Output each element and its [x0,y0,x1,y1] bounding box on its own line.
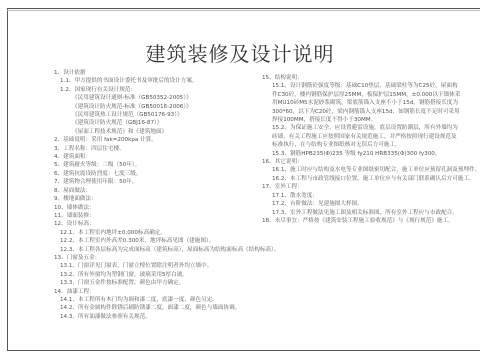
spec-line: 14.2、所有金属构件除锈后刷防锈漆二度，面漆二度，颜色与墙面协调。 [54,304,254,312]
spec-line: 8、屋面做法： [54,187,254,195]
spec-line: 11、墙面装修： [54,212,254,220]
spec-line: 12、设计标高： [54,220,254,228]
spec-line: 6、建筑抗震设防烈度：七度三级。 [54,170,254,178]
spec-line: 17.3、室外工程做法见施工图及相关标准图，所有室外工程应与市政配合。 [262,209,462,217]
spec-line: 17、室外工程： [262,183,462,191]
spec-line: 1.2、国家现行有关设计规范： [54,86,254,94]
spec-line: 17.1、散水宽度： [262,192,462,200]
frame-inner-line [7,10,480,11]
spec-line: 4、建筑面积： [54,153,254,161]
spec-line: 16、其它说明： [262,158,462,166]
spec-line: 15.2、为保证施工安全，应设置避雷设施，底层设置防潮层，所有外墙均为砖墙，有关… [262,124,462,149]
spec-line: 15.3、钢筋HPB235(Φ)235 等级 fy210 HRB335(Φ)30… [262,150,462,158]
spec-line: 15.1、设计钢筋砼强度等级：基础C10垫层，基础梁柱等为C25砼，屋面构件C3… [262,82,462,124]
spec-line: 16.2、本工程与市政管线接口位置，施工单位应与有关部门联系确认后方可施工。 [262,175,462,183]
spec-line: 《民用建筑设计通则-标准（GB50352-2005）》 [54,94,254,102]
spec-line: 15、结构说明： [262,74,462,82]
spec-line: 17.2、台阶做法：见建施图大样图。 [262,200,462,208]
spec-line: 13.1、门窗详见门窗表，门窗立樘位置除注明者外均立墙中。 [54,262,254,270]
spec-line: 3、工程名称：四层住宅楼。 [54,145,254,153]
spec-line: 12.3、本工程各层标高为完成面标高（建筑标高），屋面标高为结构面标高（结构标高… [54,246,254,254]
spec-line: 7、建筑物合理使用年限：50年。 [54,178,254,186]
spec-line: 12.1、本工程室内地坪±0.000标高确定。 [54,229,254,237]
spec-line: 12.2、本工程室内外高差0.300米，地坪标高见图（建施图）。 [54,237,254,245]
spec-line: 《屋面工程技术规范》和《建筑地面》 [54,128,254,136]
spec-line: 2、基础说明：采用 fak=200kpa 计算。 [54,136,254,144]
left-column: 1、设计依据1.1、甲方提供的书面设计委托书及审批后的设计方案。1.2、国家现行… [54,69,254,321]
spec-line: 《建筑设计防火规范（GBJ16-87）》 [54,119,254,127]
spec-line: 13.2、所有外窗均为塑钢门窗，玻璃采用5厚白玻。 [54,271,254,279]
right-column: 15、结构说明：15.1、设计钢筋砼强度等级：基础C10垫层，基础梁柱等为C25… [262,74,462,225]
spec-line: 《民用建筑热工设计规范（GB50176-93）》 [54,111,254,119]
spec-line: 5、建筑耐火等级：二级（50年）。 [54,161,254,169]
spec-line: 14.3、所有油漆做法参照有关规范。 [54,313,254,321]
spec-line: 13、门窗及五金： [54,254,254,262]
spec-line: 9、楼地面做法： [54,195,254,203]
spec-line: 14、油漆工程： [54,288,254,296]
spec-line: 1、设计依据 [54,69,254,77]
spec-line: 18、未尽事宜：严格按《建筑安装工程施工验收规范》与《现行规范》施工。 [262,217,462,225]
spec-line: 《建筑设计防火规范-标准（GB50016-2006）》 [54,103,254,111]
spec-line: 10、墙体做法： [54,204,254,212]
spec-line: 16.1、施工时应与结构及水电等专业图纸密切配合，施工单位应预留孔洞及预埋件。 [262,166,462,174]
spec-line: 14.1、本工程所有木门均为调和漆二度，底漆一度，颜色另定。 [54,296,254,304]
spec-line: 1.1、甲方提供的书面设计委托书及审批后的设计方案。 [54,77,254,85]
spec-line: 13.3、门窗五金件按标准配置，颜色由甲方确定。 [54,279,254,287]
document-title: 建筑装修及设计说明 [0,38,480,67]
